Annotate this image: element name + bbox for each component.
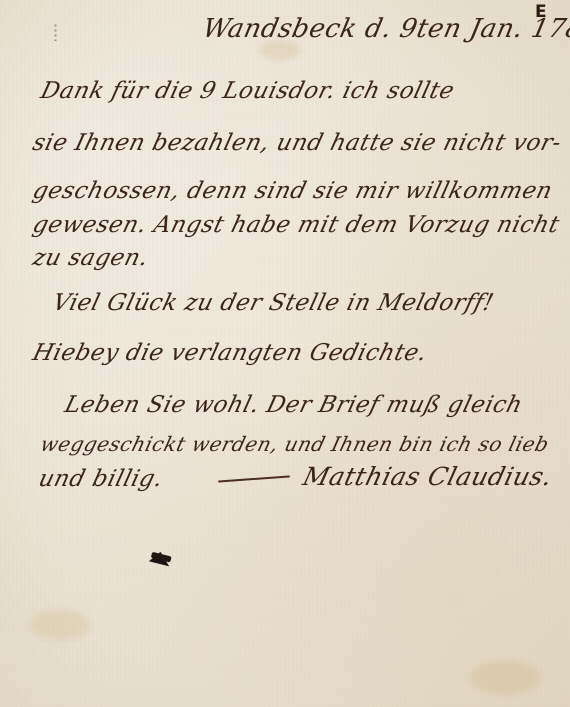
- signature: Matthias Claudius.: [300, 462, 556, 491]
- paper-stain: [30, 610, 90, 640]
- letter-line: Leben Sie wohl. Der Brief muß gleich: [62, 392, 525, 418]
- letter-line: sie Ihnen bezahlen, und hatte sie nicht …: [30, 130, 564, 156]
- letter-line: gewesen. Angst habe mit dem Vorzug nicht: [30, 212, 562, 238]
- letter-line: weggeschickt werden, und Ihnen bin ich s…: [38, 432, 552, 456]
- letter-line: zu sagen.: [30, 245, 151, 271]
- letter-line: Hiebey die verlangten Gedichte.: [30, 340, 430, 366]
- letter-line: Viel Glück zu der Stelle in Meldorff!: [50, 290, 496, 316]
- letter-line: geschossen, denn sind sie mir willkommen: [30, 178, 555, 204]
- paper-stain: [470, 660, 540, 695]
- letter-line: und billig.: [36, 466, 166, 492]
- dateline: Wandsbeck d. 9ten Jan. 1781.: [200, 14, 570, 44]
- ink-speckles: [54, 23, 57, 41]
- letter-line: Dank für die 9 Louisdor. ich sollte: [38, 78, 457, 104]
